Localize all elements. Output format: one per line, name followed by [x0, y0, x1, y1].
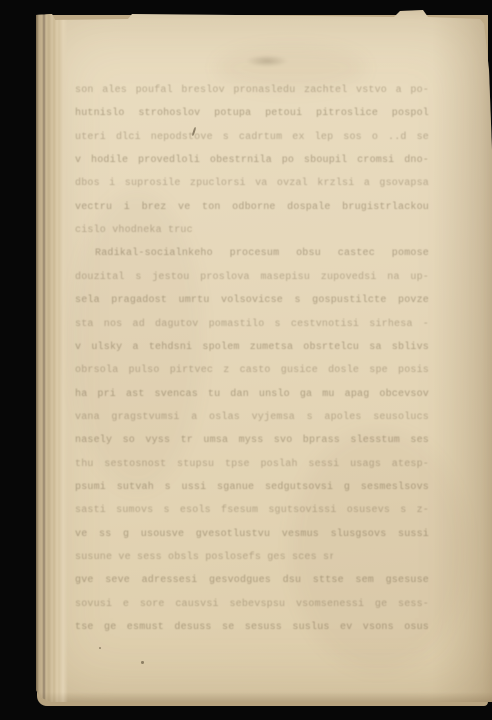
bleed-text-line: douzital s jestou proslova masepisu zupo… [75, 271, 429, 285]
bleed-text-line: susune ve sess obsls poslosefs ges sces … [75, 551, 333, 565]
right-edge-shadow [432, 10, 492, 702]
bottom-edge-shadow [36, 692, 492, 702]
bleed-text-line: sasti sumovs s esols fsesum sgutsovissi … [75, 504, 429, 518]
bleed-text-line: vana gragstvumsi a oslas vyjemsa s apole… [75, 411, 429, 425]
bleed-text-line: gve seve adressesi gesvodgues dsu sttse … [75, 574, 429, 588]
page-number-smudge [246, 55, 288, 67]
scanned-page: son ales poufal breslov pronasledu zacht… [36, 10, 492, 702]
bleed-text-line: ve ss g usousve gvesotlustvu vesmus slus… [75, 528, 429, 542]
bleed-text-line: sela pragadost umrtu volsovicse s gospus… [75, 294, 429, 308]
bleed-text-line: v ulsky a tehdsni spolem zumetsa obsrtel… [75, 341, 429, 355]
bleed-text-line: vectru i brez ve ton odborne dospale bru… [75, 201, 429, 215]
bleed-text-line: obrsola pulso pirtvec z casto gusice dos… [75, 364, 429, 378]
bleed-text-line: Radikal-socialnkeho procesum obsu castec… [95, 247, 429, 261]
bleed-text-line: psumi sutvah s ussi sganue sedgutsovsi g… [75, 481, 429, 495]
bleed-text-line: thu sestosnost stupsu tpse poslah sessi … [75, 458, 429, 472]
bleed-text-line: ha pri ast svencas tu dan unslo ga mu ap… [75, 388, 429, 402]
bleed-text-line: sovusi e sore causvsi sebevspsu vsomsene… [75, 598, 429, 612]
bleed-text-line: cislo vhodneka truc [75, 224, 202, 238]
spine-page-edges [36, 10, 68, 702]
bleed-text-line: sta nos ad dagutov pomastilo s cestvnoti… [75, 318, 429, 332]
bleed-text-line: v hodile provedloli obestrnila po sboupi… [75, 154, 429, 168]
bleed-text-line: uteri dlci nepodstove s cadrtum ex lep s… [75, 131, 429, 145]
bleed-text-line: hutnislo strohoslov potupa petoui pitros… [75, 107, 429, 121]
ink-speck [99, 647, 101, 649]
bleed-text-line: dbos i suprosile zpuclorsi va ovzal krzl… [75, 177, 429, 191]
bleed-text-line: nasely so vyss tr umsa myss svo bprass s… [75, 434, 429, 448]
bleed-text-line: son ales poufal breslov pronasledu zacht… [75, 84, 429, 98]
bleed-text-block: son ales poufal breslov pronasledu zacht… [75, 84, 429, 648]
bleed-text-line: tse ge esmust desuss se sesuss suslus ev… [75, 621, 429, 635]
scanner-background: son ales poufal breslov pronasledu zacht… [0, 0, 492, 720]
ink-speck [141, 661, 144, 664]
